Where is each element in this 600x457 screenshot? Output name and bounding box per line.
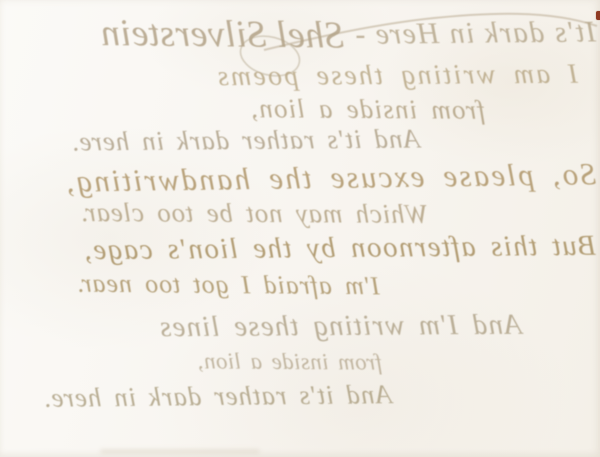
scanned-paper-page: It's dark in Here - Shel Silverstein I a… — [0, 0, 600, 457]
poem-line: I'm afraid I got too near. — [76, 271, 380, 300]
mirrored-handwriting-layer: It's dark in Here - Shel Silverstein I a… — [0, 0, 600, 457]
poem-line: Which may not be too clear. — [80, 199, 428, 228]
poem-line: But this afternoon by the lion's cage, — [83, 232, 596, 265]
poem-line: from inside a lion, — [250, 95, 485, 124]
poem-line: I am writing these poems — [216, 61, 579, 92]
poem-title-line: It's dark in Here - Shel Silverstein — [100, 17, 596, 54]
poem-author-signature: Shel Silverstein — [100, 14, 344, 55]
poem-line: So, please excuse the handwriting, — [64, 158, 596, 196]
poem-line: And it's rather dark in here. — [43, 381, 393, 412]
poem-line: And I'm writing these lines — [159, 311, 522, 343]
poem-title: It's dark in Here - — [354, 17, 596, 50]
poem-line: from inside a lion, — [198, 349, 383, 373]
poem-line: And it's rather dark in here. — [71, 125, 420, 155]
red-ink-mark — [596, 11, 600, 20]
paper-smudge — [100, 449, 260, 454]
